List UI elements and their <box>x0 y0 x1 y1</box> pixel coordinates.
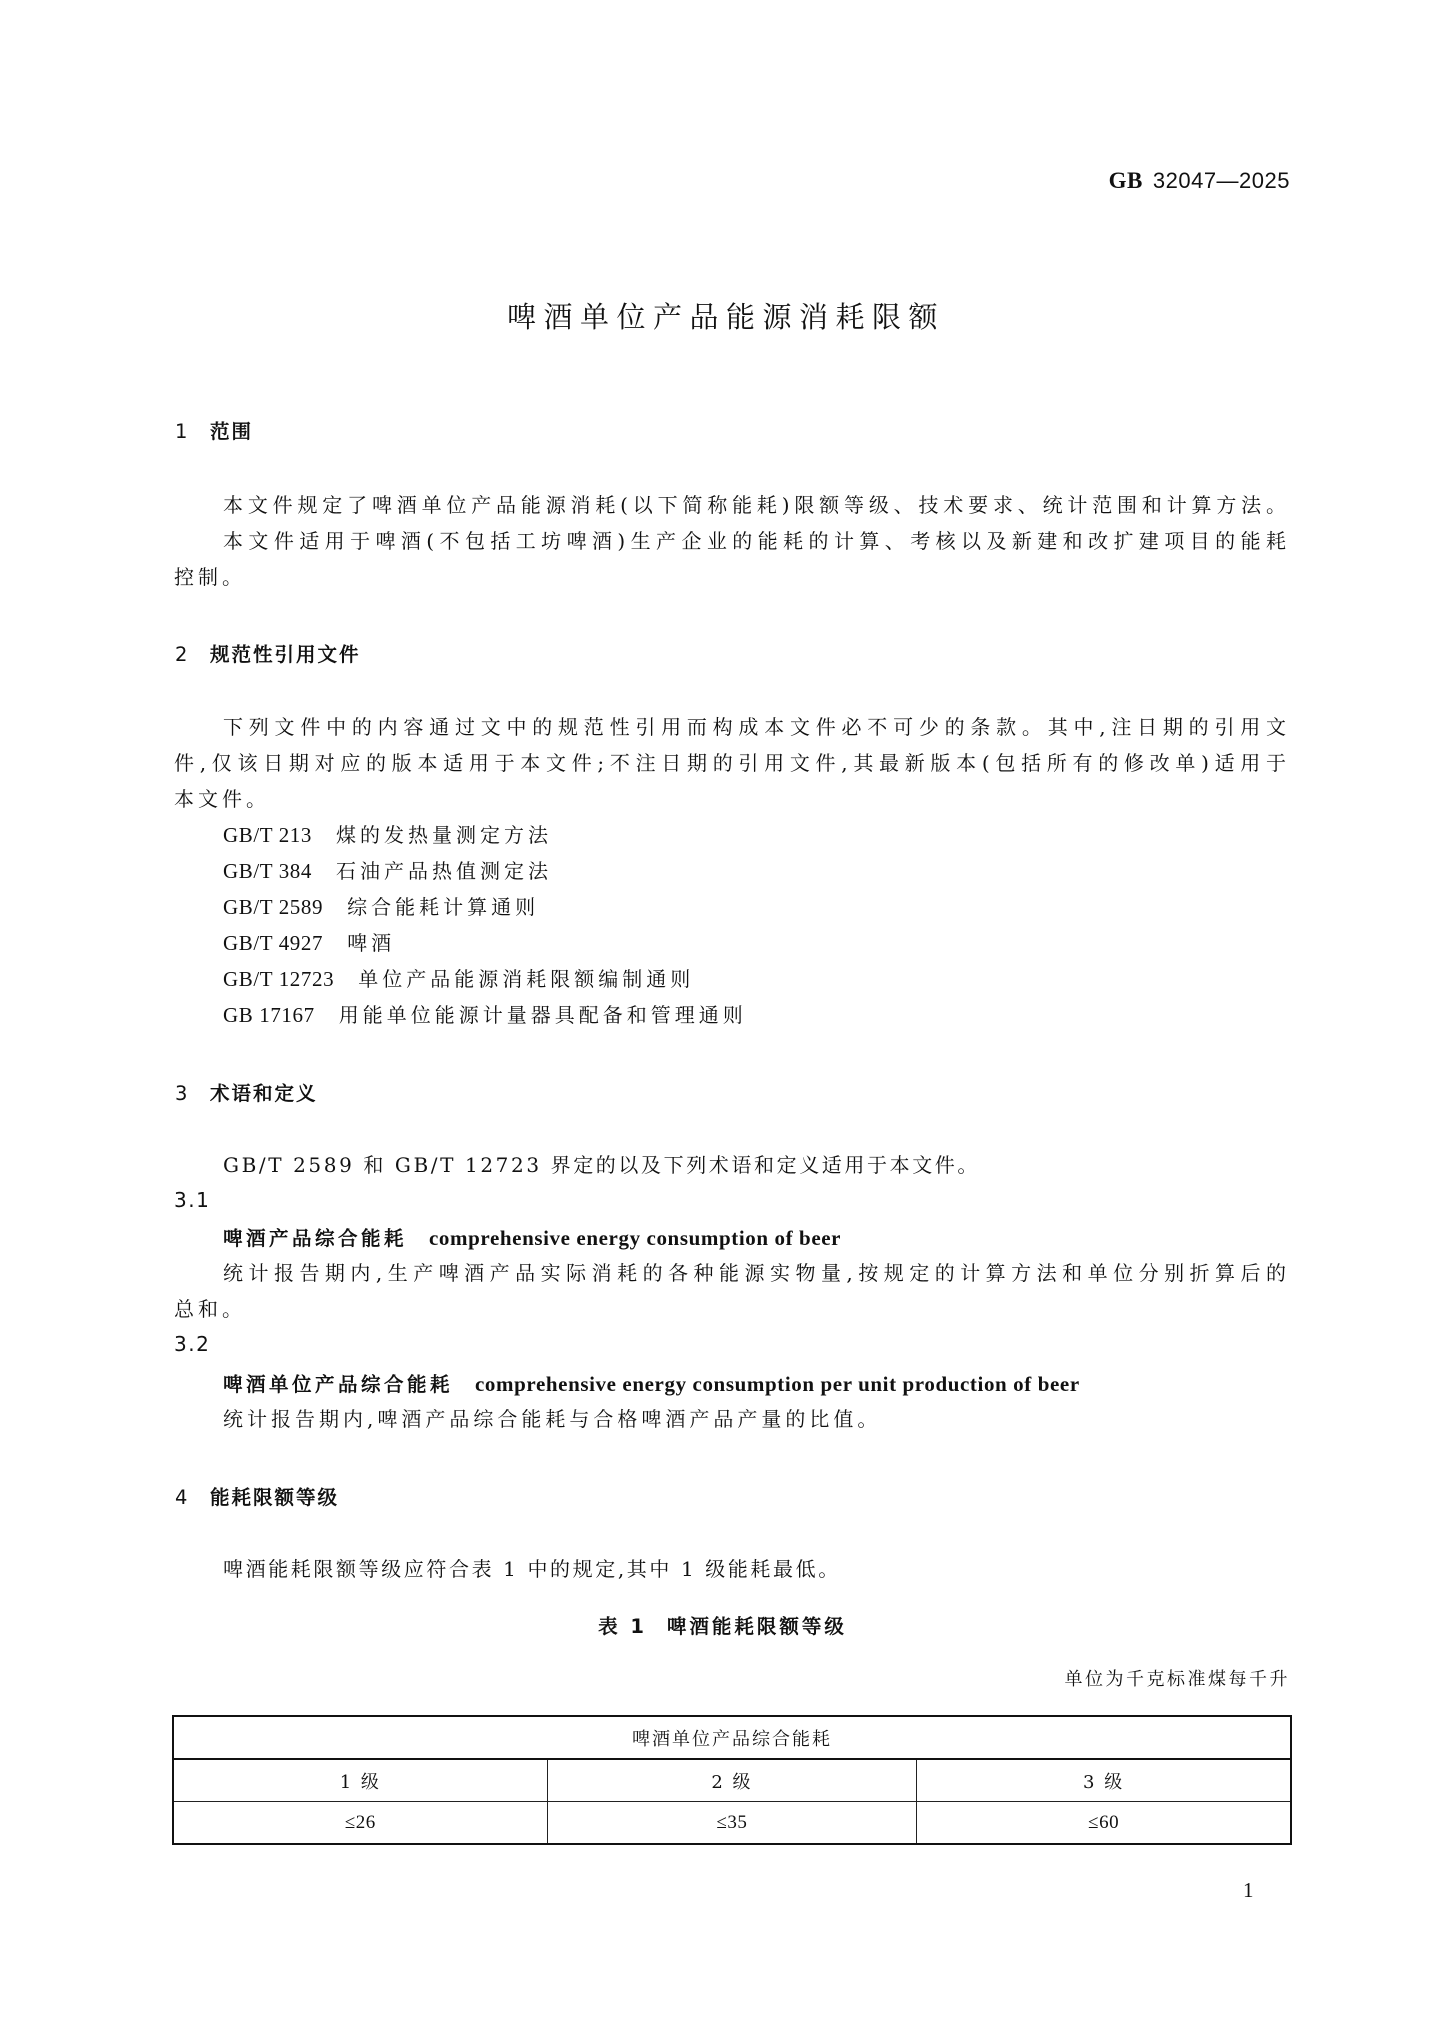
table-caption: 表 1啤酒能耗限额等级 <box>0 1611 1445 1639</box>
document-title: 啤酒单位产品能源消耗限额 <box>0 295 1445 336</box>
term-chinese: 啤酒单位产品综合能耗 <box>223 1373 453 1396</box>
term-entry: 啤酒产品综合能耗comprehensive energy consumption… <box>223 1223 841 1251</box>
level-cell: 2 级 <box>547 1759 917 1802</box>
section-3-heading: 3术语和定义 <box>175 1078 318 1106</box>
paragraph-line: 件,仅该日期对应的版本适用于本文件;不注日期的引用文件,其最新版本(包括所有的修… <box>174 749 1290 777</box>
section-number: 4 <box>175 1486 210 1509</box>
paragraph-line: 本文件规定了啤酒单位产品能源消耗(以下简称能耗)限额等级、技术要求、统计范围和计… <box>174 491 1290 519</box>
term-english: comprehensive energy consumption of beer <box>429 1226 841 1250</box>
definition-line: 统计报告期内,生产啤酒产品实际消耗的各种能源实物量,按规定的计算方法和单位分别折… <box>174 1259 1290 1287</box>
value-cell: ≤60 <box>917 1802 1291 1845</box>
paragraph-line: 控制。 <box>174 563 1290 591</box>
reference-name: 单位产品能源消耗限额编制通则 <box>358 967 694 991</box>
reference-name: 煤的发热量测定方法 <box>336 823 552 847</box>
reference-item: GB/T 2589综合能耗计算通则 <box>223 893 539 921</box>
definition-line: 总和。 <box>174 1295 1290 1323</box>
standard-code: GB32047—2025 <box>1109 168 1290 194</box>
term-number: 3.2 <box>174 1332 210 1356</box>
reference-name: 啤酒 <box>347 931 395 955</box>
table-unit-note: 单位为千克标准煤每千升 <box>1065 1665 1291 1691</box>
section-4-heading: 4能耗限额等级 <box>175 1482 339 1510</box>
table-number: 表 1 <box>598 1615 647 1638</box>
reference-code: GB/T 12723 <box>223 965 334 993</box>
level-cell: 3 级 <box>917 1759 1291 1802</box>
reference-code: GB/T 4927 <box>223 929 323 957</box>
paragraph-line: 本文件。 <box>174 785 1290 813</box>
document-page: GB32047—2025 啤酒单位产品能源消耗限额 1范围 本文件规定了啤酒单位… <box>0 0 1445 2044</box>
level-cell: 1 级 <box>173 1759 547 1802</box>
reference-code: GB/T 384 <box>223 857 312 885</box>
section-number: 2 <box>175 643 210 666</box>
definition-line: 统计报告期内,啤酒产品综合能耗与合格啤酒产品产量的比值。 <box>223 1405 881 1433</box>
reference-name: 综合能耗计算通则 <box>347 895 539 919</box>
table-title: 啤酒能耗限额等级 <box>667 1615 847 1638</box>
reference-item: GB/T 4927啤酒 <box>223 929 395 957</box>
table-header-cell: 啤酒单位产品综合能耗 <box>173 1716 1291 1759</box>
term-entry: 啤酒单位产品综合能耗comprehensive energy consumpti… <box>223 1369 1080 1397</box>
section-number: 1 <box>175 420 210 443</box>
reference-code: GB/T 213 <box>223 821 312 849</box>
term-chinese: 啤酒产品综合能耗 <box>223 1227 407 1250</box>
paragraph-line: 下列文件中的内容通过文中的规范性引用而构成本文件必不可少的条款。其中,注日期的引… <box>174 713 1290 741</box>
reference-code: GB/T 2589 <box>223 893 323 921</box>
reference-item: GB 17167用能单位能源计量器具配备和管理通则 <box>223 1001 747 1029</box>
paragraph-line: GB/T 2589 和 GB/T 12723 界定的以及下列术语和定义适用于本文… <box>223 1151 980 1179</box>
section-title: 范围 <box>210 420 253 443</box>
page-number: 1 <box>1243 1878 1254 1903</box>
reference-code: GB 17167 <box>223 1001 315 1029</box>
reference-item: GB/T 384石油产品热值测定法 <box>223 857 552 885</box>
value-cell: ≤35 <box>547 1802 917 1845</box>
section-title: 能耗限额等级 <box>210 1486 339 1509</box>
term-number: 3.1 <box>174 1188 210 1212</box>
value-cell: ≤26 <box>173 1802 547 1845</box>
paragraph-line: 本文件适用于啤酒(不包括工坊啤酒)生产企业的能耗的计算、考核以及新建和改扩建项目… <box>174 527 1290 555</box>
section-title: 规范性引用文件 <box>210 643 361 666</box>
term-english: comprehensive energy consumption per uni… <box>475 1372 1080 1396</box>
standard-number: 32047—2025 <box>1153 168 1290 193</box>
section-2-heading: 2规范性引用文件 <box>175 639 361 667</box>
reference-name: 石油产品热值测定法 <box>336 859 552 883</box>
section-1-heading: 1范围 <box>175 416 253 444</box>
section-number: 3 <box>175 1082 210 1105</box>
section-title: 术语和定义 <box>210 1082 318 1105</box>
reference-item: GB/T 213煤的发热量测定方法 <box>223 821 552 849</box>
energy-limit-table: 啤酒单位产品综合能耗 1 级 2 级 3 级 ≤26 ≤35 ≤60 <box>172 1715 1292 1845</box>
reference-name: 用能单位能源计量器具配备和管理通则 <box>339 1003 747 1027</box>
reference-item: GB/T 12723单位产品能源消耗限额编制通则 <box>223 965 694 993</box>
paragraph-line: 啤酒能耗限额等级应符合表 1 中的规定,其中 1 级能耗最低。 <box>223 1555 841 1583</box>
standard-prefix: GB <box>1109 168 1143 193</box>
